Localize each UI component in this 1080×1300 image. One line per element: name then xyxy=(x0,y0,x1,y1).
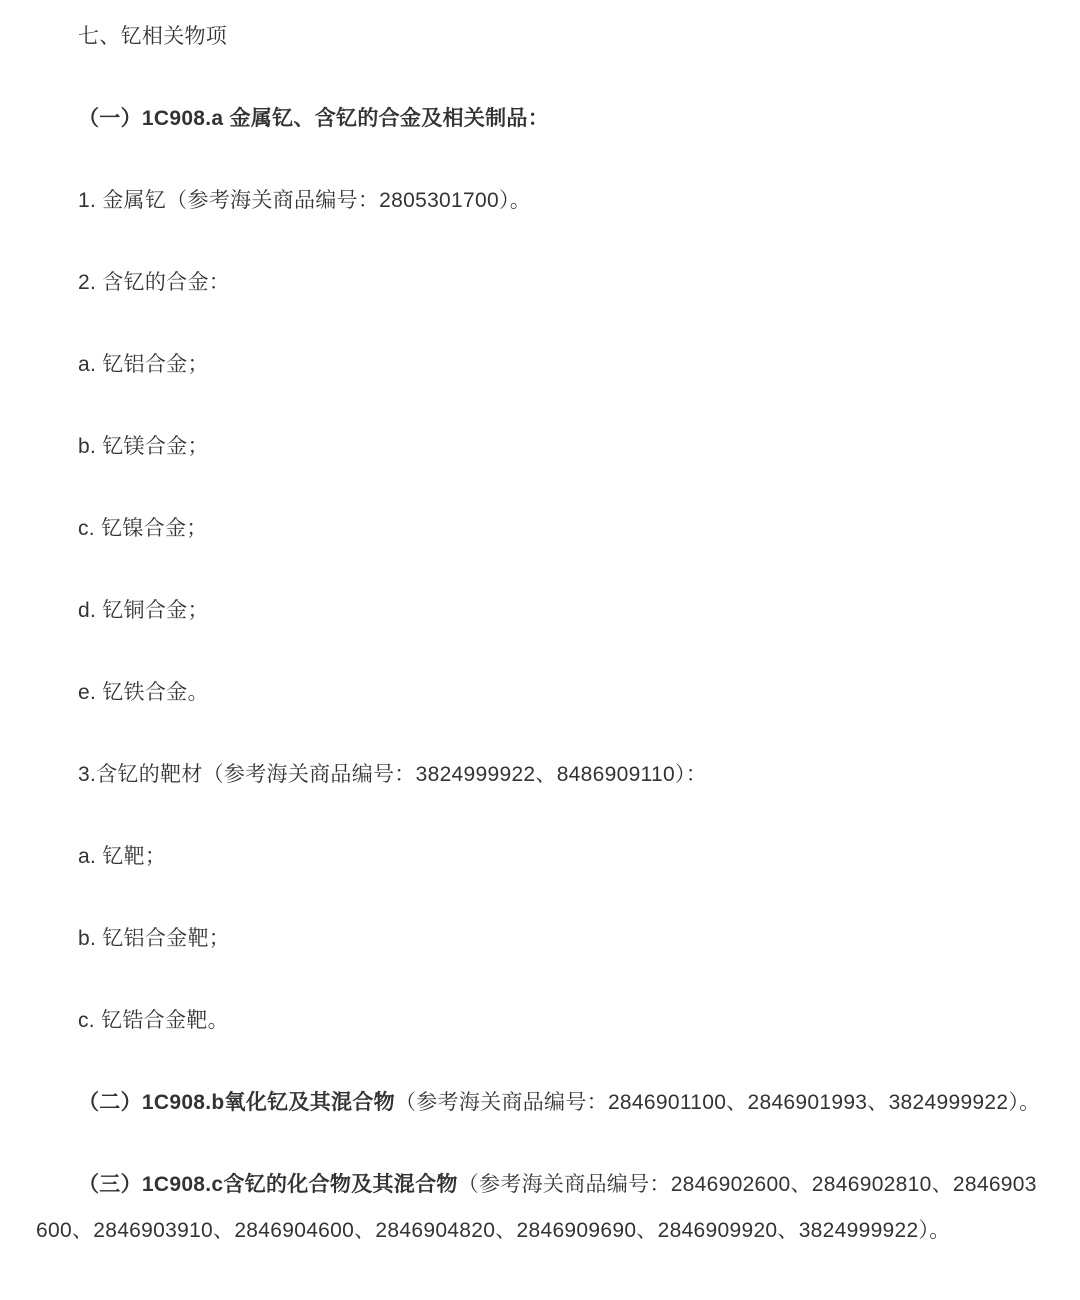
item-2a-text: a. 钇铝合金； xyxy=(78,353,209,376)
section-title: 七、钇相关物项 xyxy=(36,14,1044,60)
heading-1c908c: （三）1C908.c含钇的化合物及其混合物（参考海关商品编号：284690260… xyxy=(36,1162,1044,1254)
heading-1c908a: （一）1C908.a 金属钇、含钇的合金及相关制品： xyxy=(36,96,1044,142)
item-3b-text: b. 钇铝合金靶； xyxy=(78,927,230,950)
item-1-text: 1. 金属钇（参考海关商品编号：2805301700）。 xyxy=(78,189,531,212)
document-page: 七、钇相关物项 （一）1C908.a 金属钇、含钇的合金及相关制品： 1. 金属… xyxy=(0,0,1080,1300)
item-2a-alloy: a. 钇铝合金； xyxy=(36,342,1044,388)
item-3c-text: c. 钇锆合金靶。 xyxy=(78,1009,229,1032)
item-2b-text: b. 钇镁合金； xyxy=(78,435,209,458)
heading-1c908b-text: （参考海关商品编号：2846901100、2846901993、38249999… xyxy=(395,1091,1041,1114)
heading-1c908b: （二）1C908.b氧化钇及其混合物（参考海关商品编号：2846901100、2… xyxy=(36,1080,1044,1126)
item-2c-text: c. 钇镍合金； xyxy=(78,517,208,540)
heading-1c908c-bold: （三）1C908.c含钇的化合物及其混合物 xyxy=(78,1173,458,1196)
item-2-yttrium-alloys: 2. 含钇的合金： xyxy=(36,260,1044,306)
section-title-text: 七、钇相关物项 xyxy=(78,25,227,48)
item-2e-alloy: e. 钇铁合金。 xyxy=(36,670,1044,716)
heading-1c908a-bold: （一）1C908.a 金属钇、含钇的合金及相关制品： xyxy=(78,107,549,130)
item-2-text: 2. 含钇的合金： xyxy=(78,271,230,294)
item-3a-target: a. 钇靶； xyxy=(36,834,1044,880)
item-2d-alloy: d. 钇铜合金； xyxy=(36,588,1044,634)
item-3c-target: c. 钇锆合金靶。 xyxy=(36,998,1044,1044)
item-3b-target: b. 钇铝合金靶； xyxy=(36,916,1044,962)
item-3-text: 3.含钇的靶材（参考海关商品编号：3824999922、8486909110）： xyxy=(78,763,707,786)
item-2b-alloy: b. 钇镁合金； xyxy=(36,424,1044,470)
item-1-metal-yttrium: 1. 金属钇（参考海关商品编号：2805301700）。 xyxy=(36,178,1044,224)
item-3-targets: 3.含钇的靶材（参考海关商品编号：3824999922、8486909110）： xyxy=(36,752,1044,798)
item-2e-text: e. 钇铁合金。 xyxy=(78,681,209,704)
item-2d-text: d. 钇铜合金； xyxy=(78,599,209,622)
heading-1c908b-bold: （二）1C908.b氧化钇及其混合物 xyxy=(78,1091,395,1114)
item-2c-alloy: c. 钇镍合金； xyxy=(36,506,1044,552)
item-3a-text: a. 钇靶； xyxy=(78,845,166,868)
